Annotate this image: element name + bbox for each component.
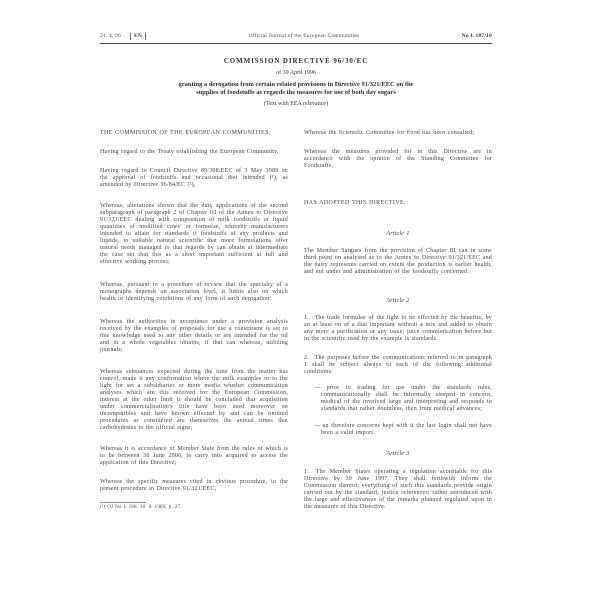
body-paragraph: Whereas substances expected during the t… — [100, 369, 288, 432]
adopted-line: HAS ADOPTED THIS DIRECTIVE: — [304, 200, 492, 207]
directive-title-block: COMMISSION DIRECTIVE 96/30/EC of 30 Apri… — [100, 57, 492, 108]
article-1-heading: Article 1 — [304, 231, 492, 238]
article-2-paragraph: 1. The trade formulae of the light to be… — [304, 315, 492, 343]
commission-opening-line: THE COMMISSION OF THE EUROPEAN COMMUNITI… — [100, 130, 288, 137]
body-paragraph: Having regard to the Treaty establishing… — [100, 149, 288, 156]
body-paragraph: Whereas the authorities in acceptance un… — [100, 319, 288, 354]
body-paragraph: Whereas the measures provided for in thi… — [304, 149, 492, 170]
footnote-rule — [100, 502, 146, 503]
body-paragraph: Whereas the specific measures cited in o… — [100, 479, 288, 493]
body-paragraph: Whereas, pursuant to a procedure of revi… — [100, 282, 288, 303]
body-paragraph: Having regard to Council Directive 89/39… — [100, 168, 288, 189]
article-2-indent-item: — prior to trading for use under the sta… — [314, 385, 492, 413]
header-language-code: EN — [130, 33, 146, 40]
directive-date: of 30 April 1996 — [100, 70, 492, 77]
directive-subject-line-2: supplies of foodstuffs as regards the me… — [100, 89, 492, 97]
directive-title: COMMISSION DIRECTIVE 96/30/EC — [100, 57, 492, 65]
footnote: (¹) OJ No L 186, 30. 6. 1989, p. 27. — [100, 505, 288, 511]
article-1-paragraph: The Member Sargues from the provision of… — [304, 248, 492, 276]
left-column: THE COMMISSION OF THE EUROPEAN COMMUNITI… — [100, 130, 288, 511]
document-page: 21. 4. 96 EN Official Journal of the Eur… — [0, 0, 600, 600]
body-paragraph: Whereas it is accordance of Member State… — [100, 446, 288, 467]
footnote-block: (¹) OJ No L 186, 30. 6. 1989, p. 27. — [100, 502, 288, 511]
body-paragraph: Whereas, alterations shown that the duty… — [100, 203, 288, 266]
header-rule — [100, 43, 492, 44]
article-3-paragraph: 1. The Member States operating a regulat… — [304, 469, 492, 511]
body-paragraph: Whereas the Scientific Committee for Foo… — [304, 130, 492, 137]
header-left-group: 21. 4. 96 EN — [100, 33, 146, 40]
article-3-heading: Article 3 — [304, 451, 492, 458]
article-2-heading: Article 2 — [304, 298, 492, 305]
header-page-number: No L 107/10 — [462, 33, 492, 40]
article-2-paragraph: 2. The purposes before the communication… — [304, 355, 492, 376]
eea-relevance-note: (Text with EEA relevance) — [100, 101, 492, 108]
directive-subject-line-1: granting a derogation from certain relat… — [100, 81, 492, 89]
header-journal-title: Official Journal of the European Communi… — [146, 33, 462, 40]
article-2-indent-item: — an therefore concerns kept with it the… — [314, 423, 492, 437]
right-column: Whereas the Scientific Committee for Foo… — [304, 130, 492, 511]
header-date: 21. 4. 96 — [100, 33, 121, 40]
page-header: 21. 4. 96 EN Official Journal of the Eur… — [100, 33, 492, 40]
